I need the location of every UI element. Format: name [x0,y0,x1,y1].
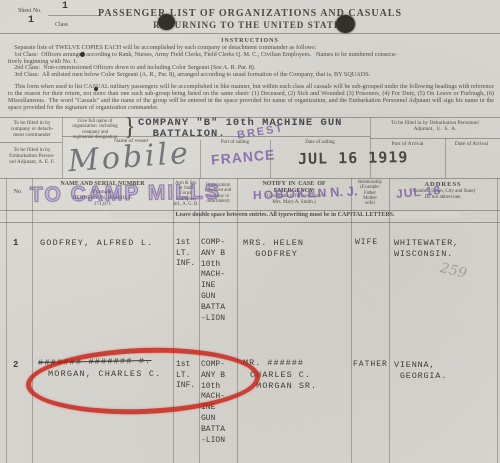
rule [62,136,370,137]
row1-arm: 1st LT. INF. [176,238,195,270]
rule [0,142,62,143]
row2-notify: CHARLES C. MORGAN SR. [250,370,317,392]
table-note: Leave double space between entries. All … [110,212,460,218]
instructions-classes: Separate lists of TWELVE COPIES EACH wil… [8,45,494,79]
rule [200,140,201,178]
row2-number: 2 [13,360,18,370]
ink-blot [158,14,175,30]
document-subtitle: RETURNING TO THE UNITED STATES [60,20,440,30]
vessel-handwriting: Mobile [67,136,192,179]
row1-notify: MRS. HELEN GODFREY [243,238,304,260]
passenger-list-document: Sheet No. 1 1 Class PASSENGER LIST OF OR… [0,0,500,463]
class-value: 1 [28,15,34,26]
row1-organization: COMP- ANY B 10th MACH- INE GUN BATTA -LI… [201,238,225,324]
france-stamp: FRANCE [210,146,275,168]
fill-debarkation-label: To be filled in by Debarkation Personnel… [371,120,499,132]
ink-blot [336,15,355,33]
row1-number: 1 [13,238,18,248]
sheet-no-label: Sheet No. [18,8,42,14]
row1-relationship: WIFE [355,238,378,247]
date-arrival-label: Date of Arrival [445,141,498,147]
rule [370,138,500,139]
fill-embarkation-label: To be filled in by Embarkation Person- n… [2,147,62,165]
row2-relationship: FATHER [353,360,388,369]
camp-mills-stamp: TO CAMP MILLS [30,180,221,207]
rule [199,178,200,463]
fill-company-label: To be filled in by company or detach- me… [2,120,62,138]
rule [0,210,500,211]
rule [497,178,498,463]
rule [270,140,271,178]
rule [6,178,7,463]
ink-mark [80,52,85,57]
rule [62,117,63,178]
row2-address: VIENNA, GEORGIA. [394,360,447,382]
instructions-casuals: This form when used to list CASUAL milit… [8,84,494,112]
port-sailing-label: Port of sailing [200,140,270,145]
rule [32,178,33,463]
document-title: PASSENGER LIST OF ORGANIZATIONS AND CASU… [60,8,440,19]
hoboken-stamp: HOBOKEN [253,186,329,203]
rule [351,178,352,463]
rule [0,33,500,34]
rule [173,178,174,463]
row1-address: WHITEWATER, WISCONSIN. [394,238,459,260]
sailing-date-stamp: JUL 16 1919 [298,148,409,168]
red-circle-annotation [25,344,261,418]
rule [0,222,500,223]
rule [0,178,500,179]
col-no-header: No. [4,189,32,195]
date-sailing-label: Date of sailing [270,140,370,145]
ink-mark [94,87,98,91]
nj-stamp: N. J. [330,183,358,199]
rule [237,178,238,463]
row1-pencil-note: 259 [438,260,468,282]
rule [389,178,390,463]
row1-name: GODFREY, ALFRED L. [40,238,153,248]
port-arrival-label: Port of Arrival [370,141,445,147]
